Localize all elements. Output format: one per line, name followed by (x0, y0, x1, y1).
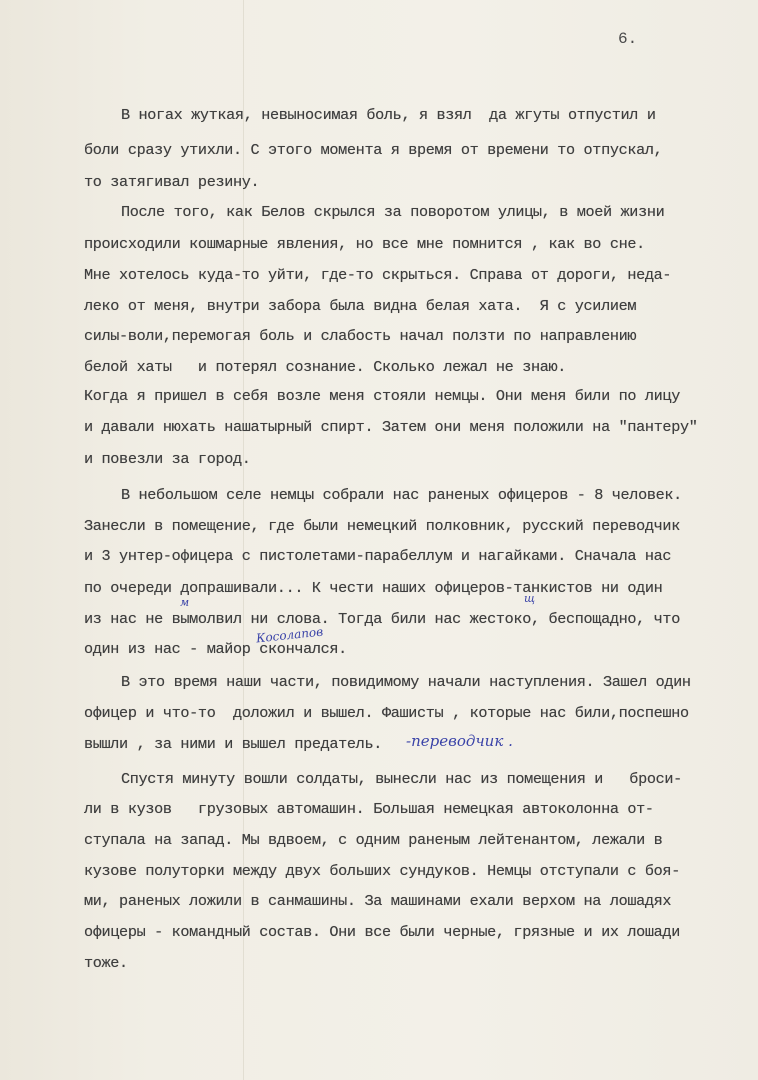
text-line: вышли , за ними и вышел предатель. (84, 735, 382, 753)
text-line: В это время наши части, повидимому начал… (121, 673, 691, 691)
text-line: из нас не вымолвил ни слова. Тогда били … (84, 610, 680, 628)
text-line: и 3 унтер-офицера с пистолетами-парабелл… (84, 547, 671, 565)
handwritten-correction-m: м (180, 596, 189, 609)
text-line: В ногах жуткая, невыносимая боль, я взял… (121, 106, 656, 124)
text-line: После того, как Белов скрылся за поворот… (121, 203, 664, 221)
text-line: В небольшом селе немцы собрали нас ранен… (121, 486, 682, 504)
handwritten-translator-note: -переводчик . (406, 732, 513, 750)
text-line: один из нас - майор скончался. (84, 640, 347, 658)
text-line: Спустя минуту вошли солдаты, вынесли нас… (121, 770, 682, 788)
text-line: тоже. (84, 954, 128, 972)
text-line: белой хаты и потерял сознание. Сколько л… (84, 358, 566, 376)
text-line: Мне хотелось куда-то уйти, где-то скрыть… (84, 266, 671, 284)
text-line: леко от меня, внутри забора была видна б… (84, 297, 636, 315)
text-line: офицер и что-то доложил и вышел. Фашисты… (84, 704, 689, 722)
text-line: ли в кузов грузовых автомашин. Большая н… (84, 800, 654, 818)
text-line: ступала на запад. Мы вдвоем, с одним ран… (84, 831, 662, 849)
text-line: то затягивал резину. (84, 173, 259, 191)
page-number: 6. (618, 30, 637, 48)
text-line: ми, раненых ложили в санмашины. За машин… (84, 892, 671, 910)
text-line: боли сразу утихли. С этого момента я вре… (84, 141, 662, 159)
text-line: и давали нюхать нашатырный спирт. Затем … (84, 418, 697, 436)
handwritten-correction-shch: щ (524, 592, 535, 605)
text-line: Занесли в помещение, где были немецкий п… (84, 517, 680, 535)
document-page: 6. В ногах жуткая, невыносимая боль, я в… (0, 0, 758, 1080)
text-line: силы-воли,перемогая боль и слабость нача… (84, 327, 636, 345)
text-line: кузове полуторки между двух больших сунд… (84, 862, 680, 880)
text-line: по очереди допрашивали... К чести наших … (84, 579, 662, 597)
text-line: Когда я пришел в себя возле меня стояли … (84, 387, 680, 405)
text-line: происходили кошмарные явления, но все мн… (84, 235, 645, 253)
paper-fold-line (243, 0, 244, 1080)
text-line: и повезли за город. (84, 450, 251, 468)
text-line: офицеры - командный состав. Они все были… (84, 923, 680, 941)
